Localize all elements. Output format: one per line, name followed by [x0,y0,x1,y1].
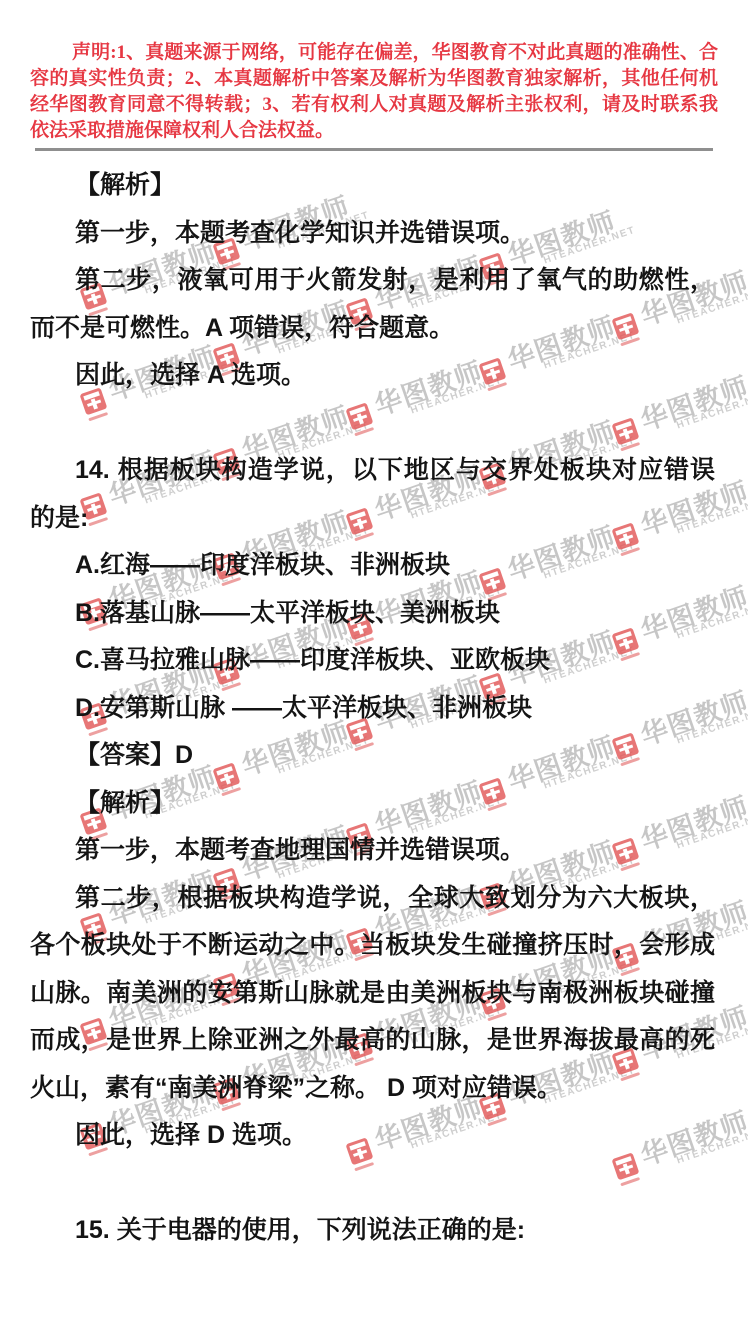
disclaimer-line: 容的真实性负责；2、本真题解析中答案及解析为华图教育独家解析，其他任何机构及个人… [30,66,718,92]
text-line: 而成，是世界上除亚洲之外最高的山脉，是世界海拔最高的死 [30,1017,715,1065]
blank-line [30,1160,715,1208]
main-text: 【解析】第一步，本题考查化学知识并选错误项。第二步，液氧可用于火箭发射，是利用了… [30,162,715,1255]
document-body: 声明:1、真题来源于网络，可能存在偏差，华图教育不对此真题的准确性、合法性以及内… [0,0,748,1335]
disclaimer-line: 声明:1、真题来源于网络，可能存在偏差，华图教育不对此真题的准确性、合法性以及内 [30,40,718,66]
text-line: 山脉。南美洲的安第斯山脉就是由美洲板块与南极洲板块碰撞 [30,970,715,1018]
text-line: 而不是可燃性。A 项错误，符合题意。 [30,305,715,353]
text-line: 第一步，本题考查化学知识并选错误项。 [30,210,715,258]
disclaimer-label: 声明: [72,42,117,63]
text-line: 14. 根据板块构造学说，以下地区与交界处板块对应错误 [30,447,715,495]
text-line: 的是: [30,495,715,543]
content-divider [35,148,713,151]
text-line: 【解析】 [30,162,715,210]
text-line: 【解析】 [30,780,715,828]
disclaimer: 声明:1、真题来源于网络，可能存在偏差，华图教育不对此真题的准确性、合法性以及内… [30,40,718,144]
text-line: 各个板块处于不断运动之中。当板块发生碰撞挤压时，会形成 [30,922,715,970]
document-page: 华图教师 HTEACHER.NET 华图教师 HTEACHER.NET [0,0,748,1335]
text-line: B.落基山脉——太平洋板块、美洲板块 [30,590,715,638]
disclaimer-line: 经华图教育同意不得转载；3、若有权利人对真题及解析主张权利，请及时联系我司，我司… [30,92,718,118]
text-line: 15. 关于电器的使用，下列说法正确的是: [30,1207,715,1255]
text-line: 因此，选择 A 选项。 [30,352,715,400]
blank-line [30,400,715,448]
text-line: 第二步，根据板块构造学说，全球大致划分为六大板块， [30,875,715,923]
text-line: A.红海——印度洋板块、非洲板块 [30,542,715,590]
text-line: C.喜马拉雅山脉——印度洋板块、亚欧板块 [30,637,715,685]
text-line: D.安第斯山脉 ——太平洋板块、非洲板块 [30,685,715,733]
disclaimer-line: 依法采取措施保障权利人合法权益。 [30,118,718,144]
text-line: 第一步，本题考查地理国情并选错误项。 [30,827,715,875]
text-line: 第二步，液氧可用于火箭发射，是利用了氧气的助燃性， [30,257,715,305]
text-line: 火山，素有“南美洲脊梁”之称。 D 项对应错误。 [30,1065,715,1113]
text-line: 因此，选择 D 选项。 [30,1112,715,1160]
text-line: 【答案】D [30,732,715,780]
disclaimer-text: 1、真题来源于网络，可能存在偏差，华图教育不对此真题的准确性、合法性以及内 [30,42,718,66]
